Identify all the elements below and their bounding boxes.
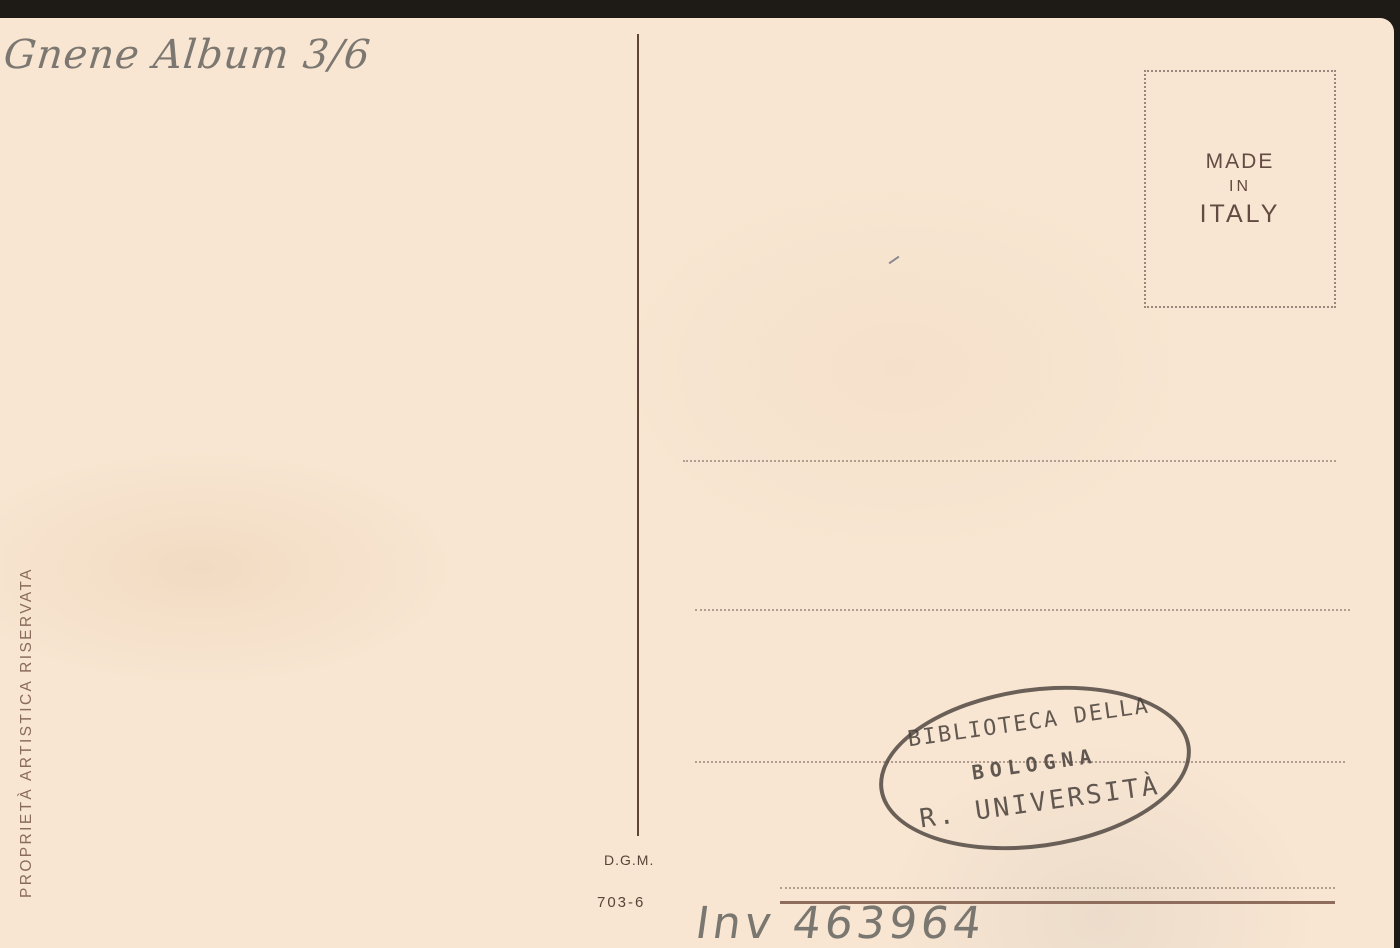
stamp-box-line-3: ITALY	[1200, 200, 1281, 229]
copyright-vertical-text: PROPRIETÀ ARTISTICA RISERVATA	[18, 567, 36, 898]
library-ownership-stamp: BIBLIOTECA DELLA BOLOGNA R. UNIVERSITÀ	[868, 667, 1201, 869]
handwritten-album-note: Gnene Album 3/6	[2, 32, 373, 78]
catalog-number: 703-6	[597, 894, 645, 911]
publisher-mark: D.G.M.	[604, 852, 654, 868]
stamp-box-line-1: MADE	[1206, 150, 1275, 174]
pencil-mark	[889, 256, 900, 265]
stamp-box-line-2: IN	[1229, 178, 1251, 196]
inventory-number: Inv 463964	[692, 898, 988, 948]
postcard-back: Gnene Album 3/6 PROPRIETÀ ARTISTICA RISE…	[0, 18, 1394, 948]
address-line-1	[683, 460, 1336, 462]
center-divider-line	[637, 34, 639, 836]
address-line-2	[695, 609, 1350, 611]
address-line-4	[780, 887, 1335, 889]
stamp-placement-box: MADE IN ITALY	[1144, 70, 1336, 308]
